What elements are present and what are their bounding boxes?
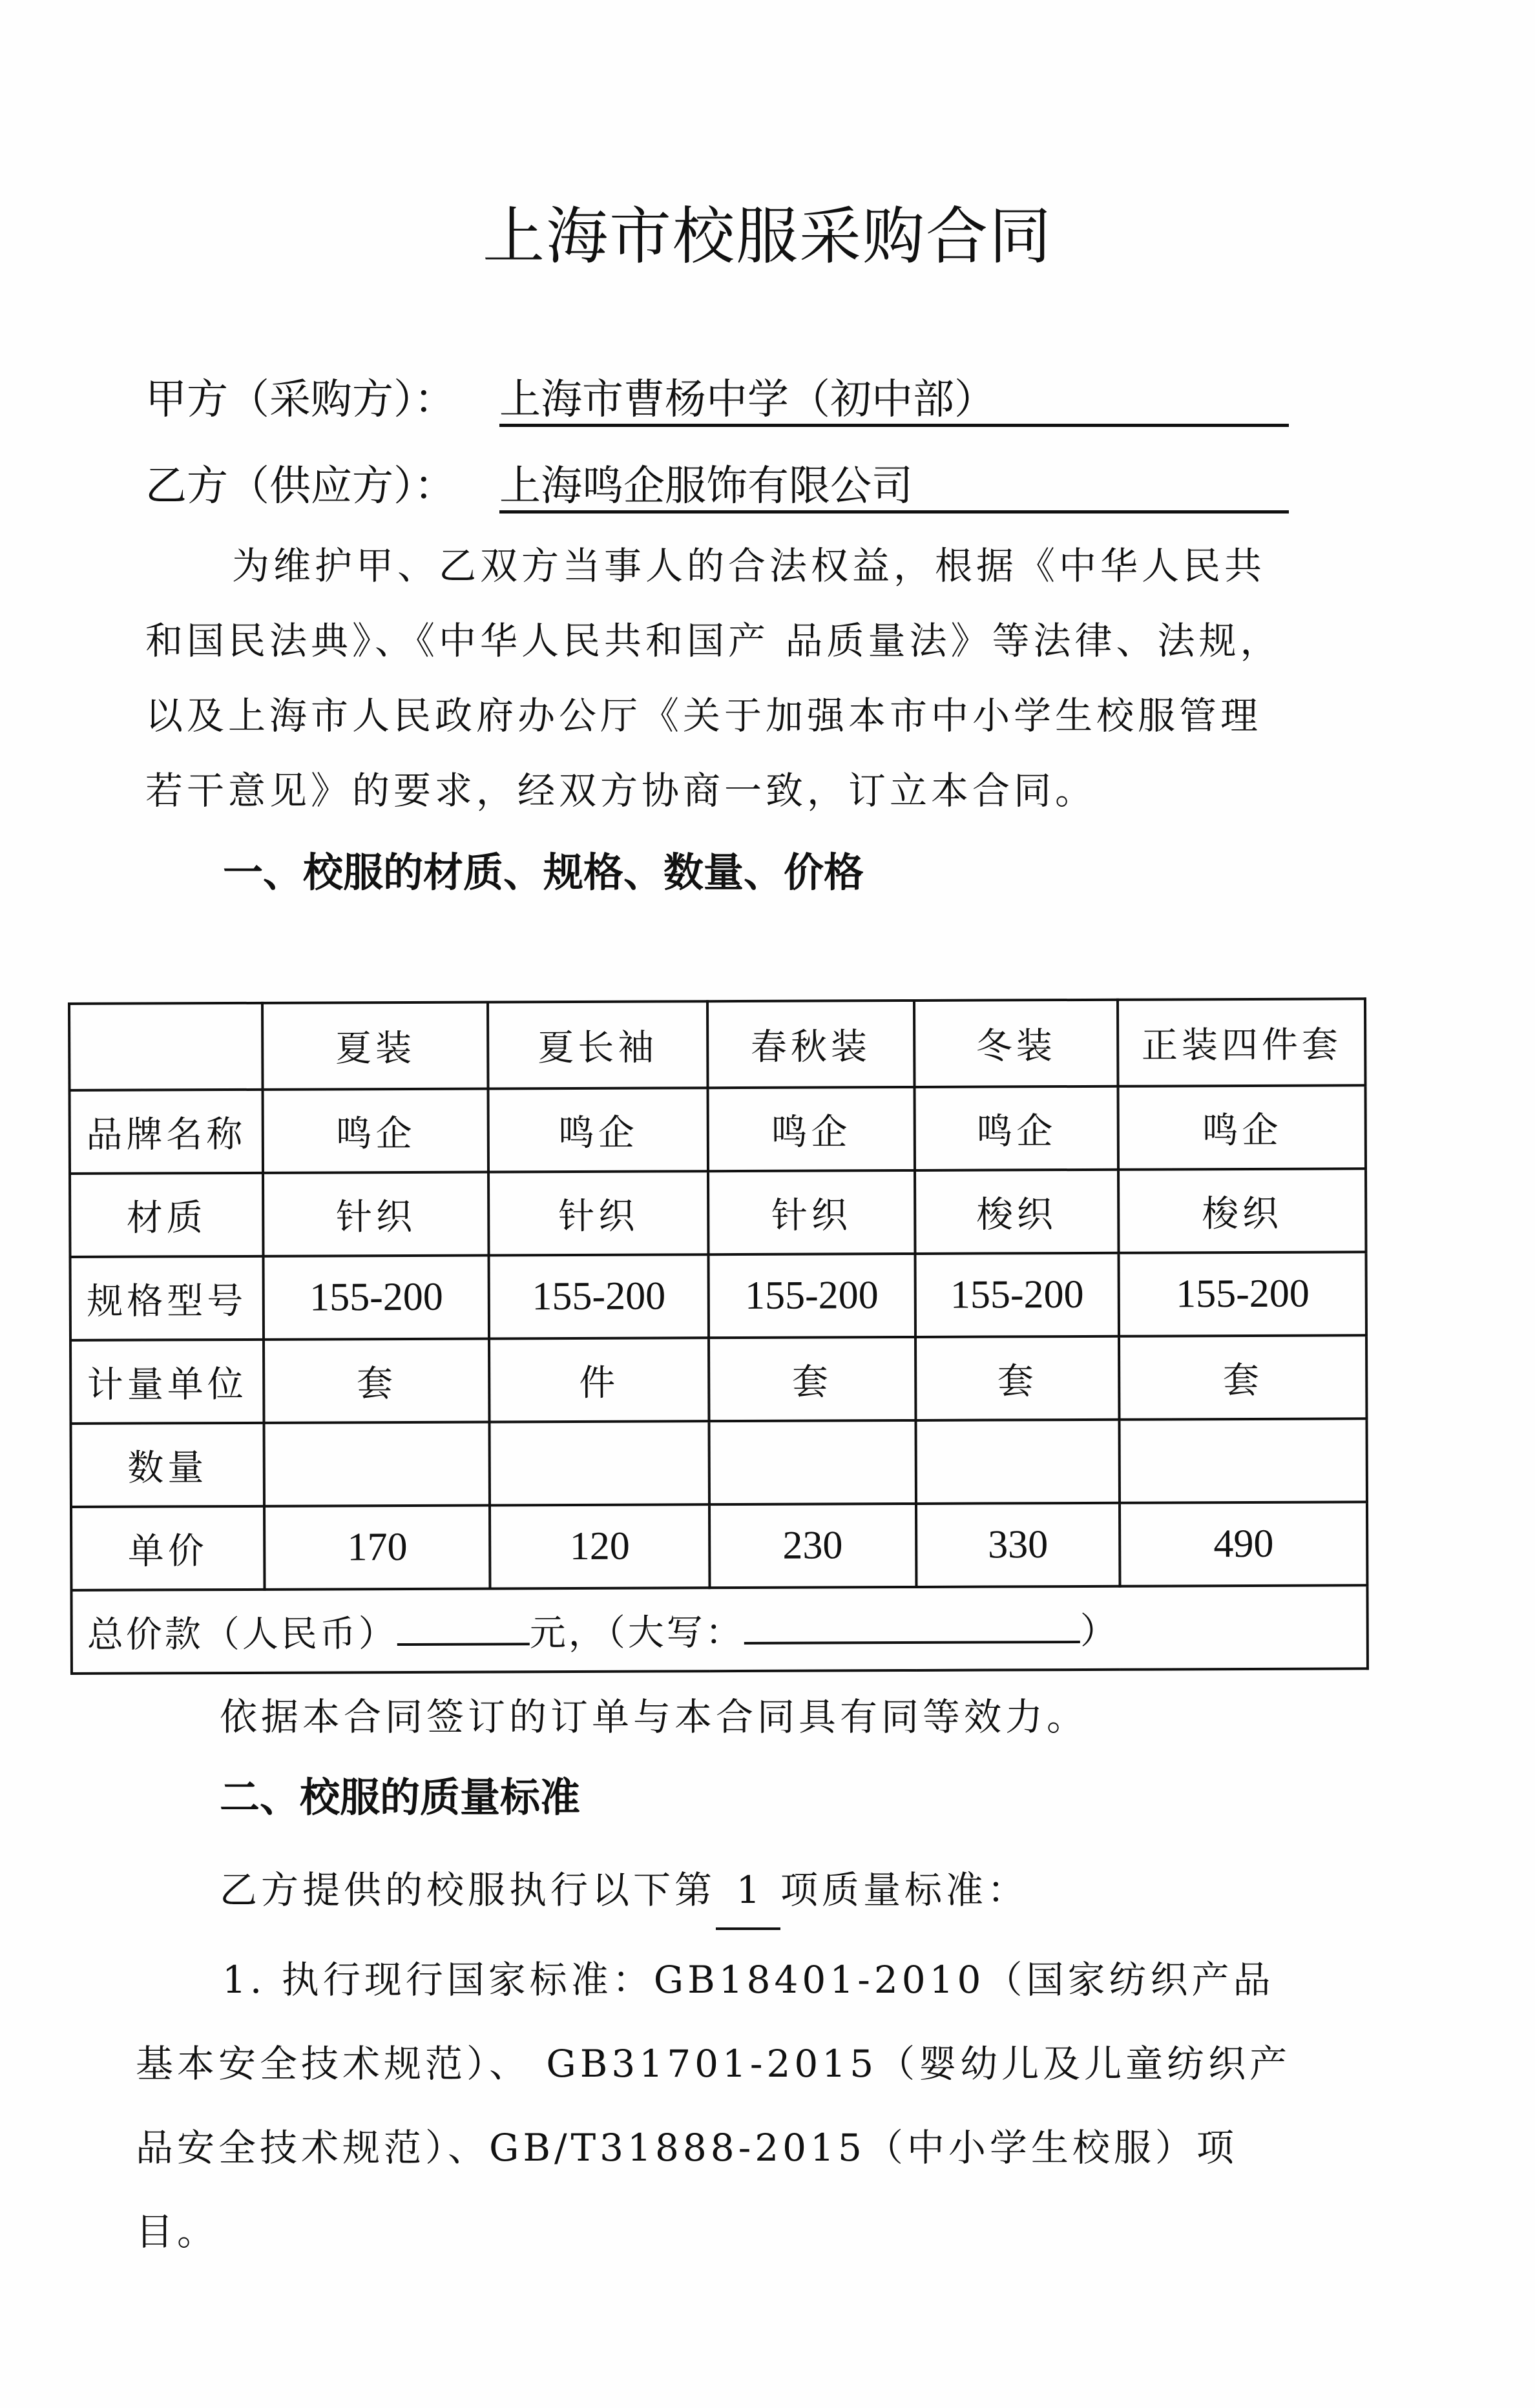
table-cell: 梭织 [915,1170,1119,1254]
table-cell: 鸣企 [1118,1085,1366,1169]
standard-select-line: 乙方提供的校服执行以下第1项质量标准： [220,1853,1305,1930]
table-cell: 155-200 [708,1254,915,1338]
table-row-size-spec: 规格型号 155-200 155-200 155-200 155-200 155… [70,1252,1366,1340]
section-2-heading: 二、校服的质量标准 [220,1769,580,1827]
equal-effect-paragraph: 依据本合同签订的订单与本合同具有同等效力。 [220,1679,1305,1754]
party-a-label: 甲方（采购方）： [145,371,455,429]
price-cell: 170 [264,1505,490,1589]
document-title: 上海市校服采购合同 [0,205,1535,267]
total-yuan-blank [397,1606,530,1646]
table-row-material: 材质 针织 针织 针织 梭织 梭织 [70,1168,1366,1257]
table-cell: 155-200 [915,1253,1119,1337]
column-header-summer-long-sleeve: 夏长袖 [488,1001,707,1088]
table-cell: 155-200 [489,1254,709,1338]
table-row-total: 总价款（人民币）元，（大写：） [71,1585,1367,1674]
table-cell: 针织 [488,1171,708,1255]
column-header-winter: 冬装 [914,1000,1118,1087]
party-b-label: 乙方（供应方）： [145,457,455,515]
contract-page: 上海市校服采购合同 甲方（采购方）： 上海市曹杨中学（初中部） 乙方（供应方）：… [0,0,1535,2408]
table-cell: 155-200 [1119,1252,1366,1336]
column-header-summer: 夏装 [262,1002,488,1090]
party-b-row: 乙方（供应方）： 上海鸣企服饰有限公司 [145,457,455,515]
party-a-row: 甲方（采购方）： 上海市曹杨中学（初中部） [145,371,455,429]
standard-select-suffix: 项质量标准： [780,1868,1029,1912]
row-label: 数量 [71,1423,265,1507]
table-cell: 套 [915,1336,1120,1420]
column-header-formal-four-piece: 正装四件套 [1118,999,1365,1086]
table-cell: 件 [489,1338,709,1422]
table-row-quantity: 数量 [71,1418,1367,1507]
table-cell: 针织 [708,1170,915,1254]
quantity-cell [915,1420,1120,1504]
standard-item-1: 1. 执行现行国家标准：GB18401-2010（国家纺织产品基本安全技术规范）… [136,1938,1305,2274]
standard-select-prefix: 乙方提供的校服执行以下第 [220,1868,716,1912]
quantity-cell [1120,1418,1367,1502]
price-cell: 330 [916,1503,1120,1587]
party-b-value: 上海鸣企服饰有限公司 [499,457,1289,514]
table-cell: 针织 [263,1172,489,1256]
intro-paragraph: 为维护甲、乙双方当事人的合法权益，根据《中华人民共和国民法典》、《中华人民共和国… [145,528,1302,828]
table-row-unit: 计量单位 套 件 套 套 套 [70,1335,1366,1424]
standard-select-value: 1 [716,1853,780,1930]
column-header-spring-autumn: 春秋装 [707,1001,914,1088]
table-row-brand: 品牌名称 鸣企 鸣企 鸣企 鸣企 鸣企 [70,1085,1366,1174]
table-cell: 梭织 [1118,1168,1366,1252]
table-cell: 套 [264,1338,490,1422]
total-close-paren: ） [1080,1610,1119,1652]
row-label: 规格型号 [70,1256,264,1340]
total-price-cell: 总价款（人民币）元，（大写：） [71,1585,1367,1674]
price-cell: 120 [490,1504,709,1588]
table-cell: 鸣企 [707,1087,914,1171]
table-header-row: 夏装 夏长袖 春秋装 冬装 正装四件套 [69,999,1365,1090]
row-label: 品牌名称 [70,1090,264,1174]
party-a-value: 上海市曹杨中学（初中部） [499,371,1289,427]
row-label: 单价 [71,1506,265,1590]
total-daxie-blank [744,1604,1080,1644]
section-1-heading: 一、校服的材质、规格、数量、价格 [223,844,864,902]
total-price-label: 总价款（人民币） [87,1613,397,1656]
row-label: 材质 [70,1173,264,1257]
table-header-corner [69,1003,263,1090]
table-row-unit-price: 单价 170 120 230 330 490 [71,1502,1367,1590]
total-yuan-suffix: 元，（大写： [530,1611,744,1654]
table-cell: 套 [709,1337,915,1421]
table-cell: 鸣企 [488,1088,708,1172]
row-label: 计量单位 [70,1340,264,1424]
quantity-cell [709,1420,915,1504]
price-cell: 230 [709,1504,916,1588]
table-cell: 鸣企 [263,1089,489,1173]
price-cell: 490 [1120,1502,1367,1586]
table-cell: 鸣企 [914,1086,1118,1170]
table-cell: 套 [1119,1335,1366,1419]
quantity-cell [490,1421,709,1505]
table-cell: 155-200 [264,1255,490,1339]
uniform-spec-table: 夏装 夏长袖 春秋装 冬装 正装四件套 品牌名称 鸣企 鸣企 鸣企 鸣企 鸣企 … [68,997,1369,1675]
quantity-cell [264,1422,490,1506]
